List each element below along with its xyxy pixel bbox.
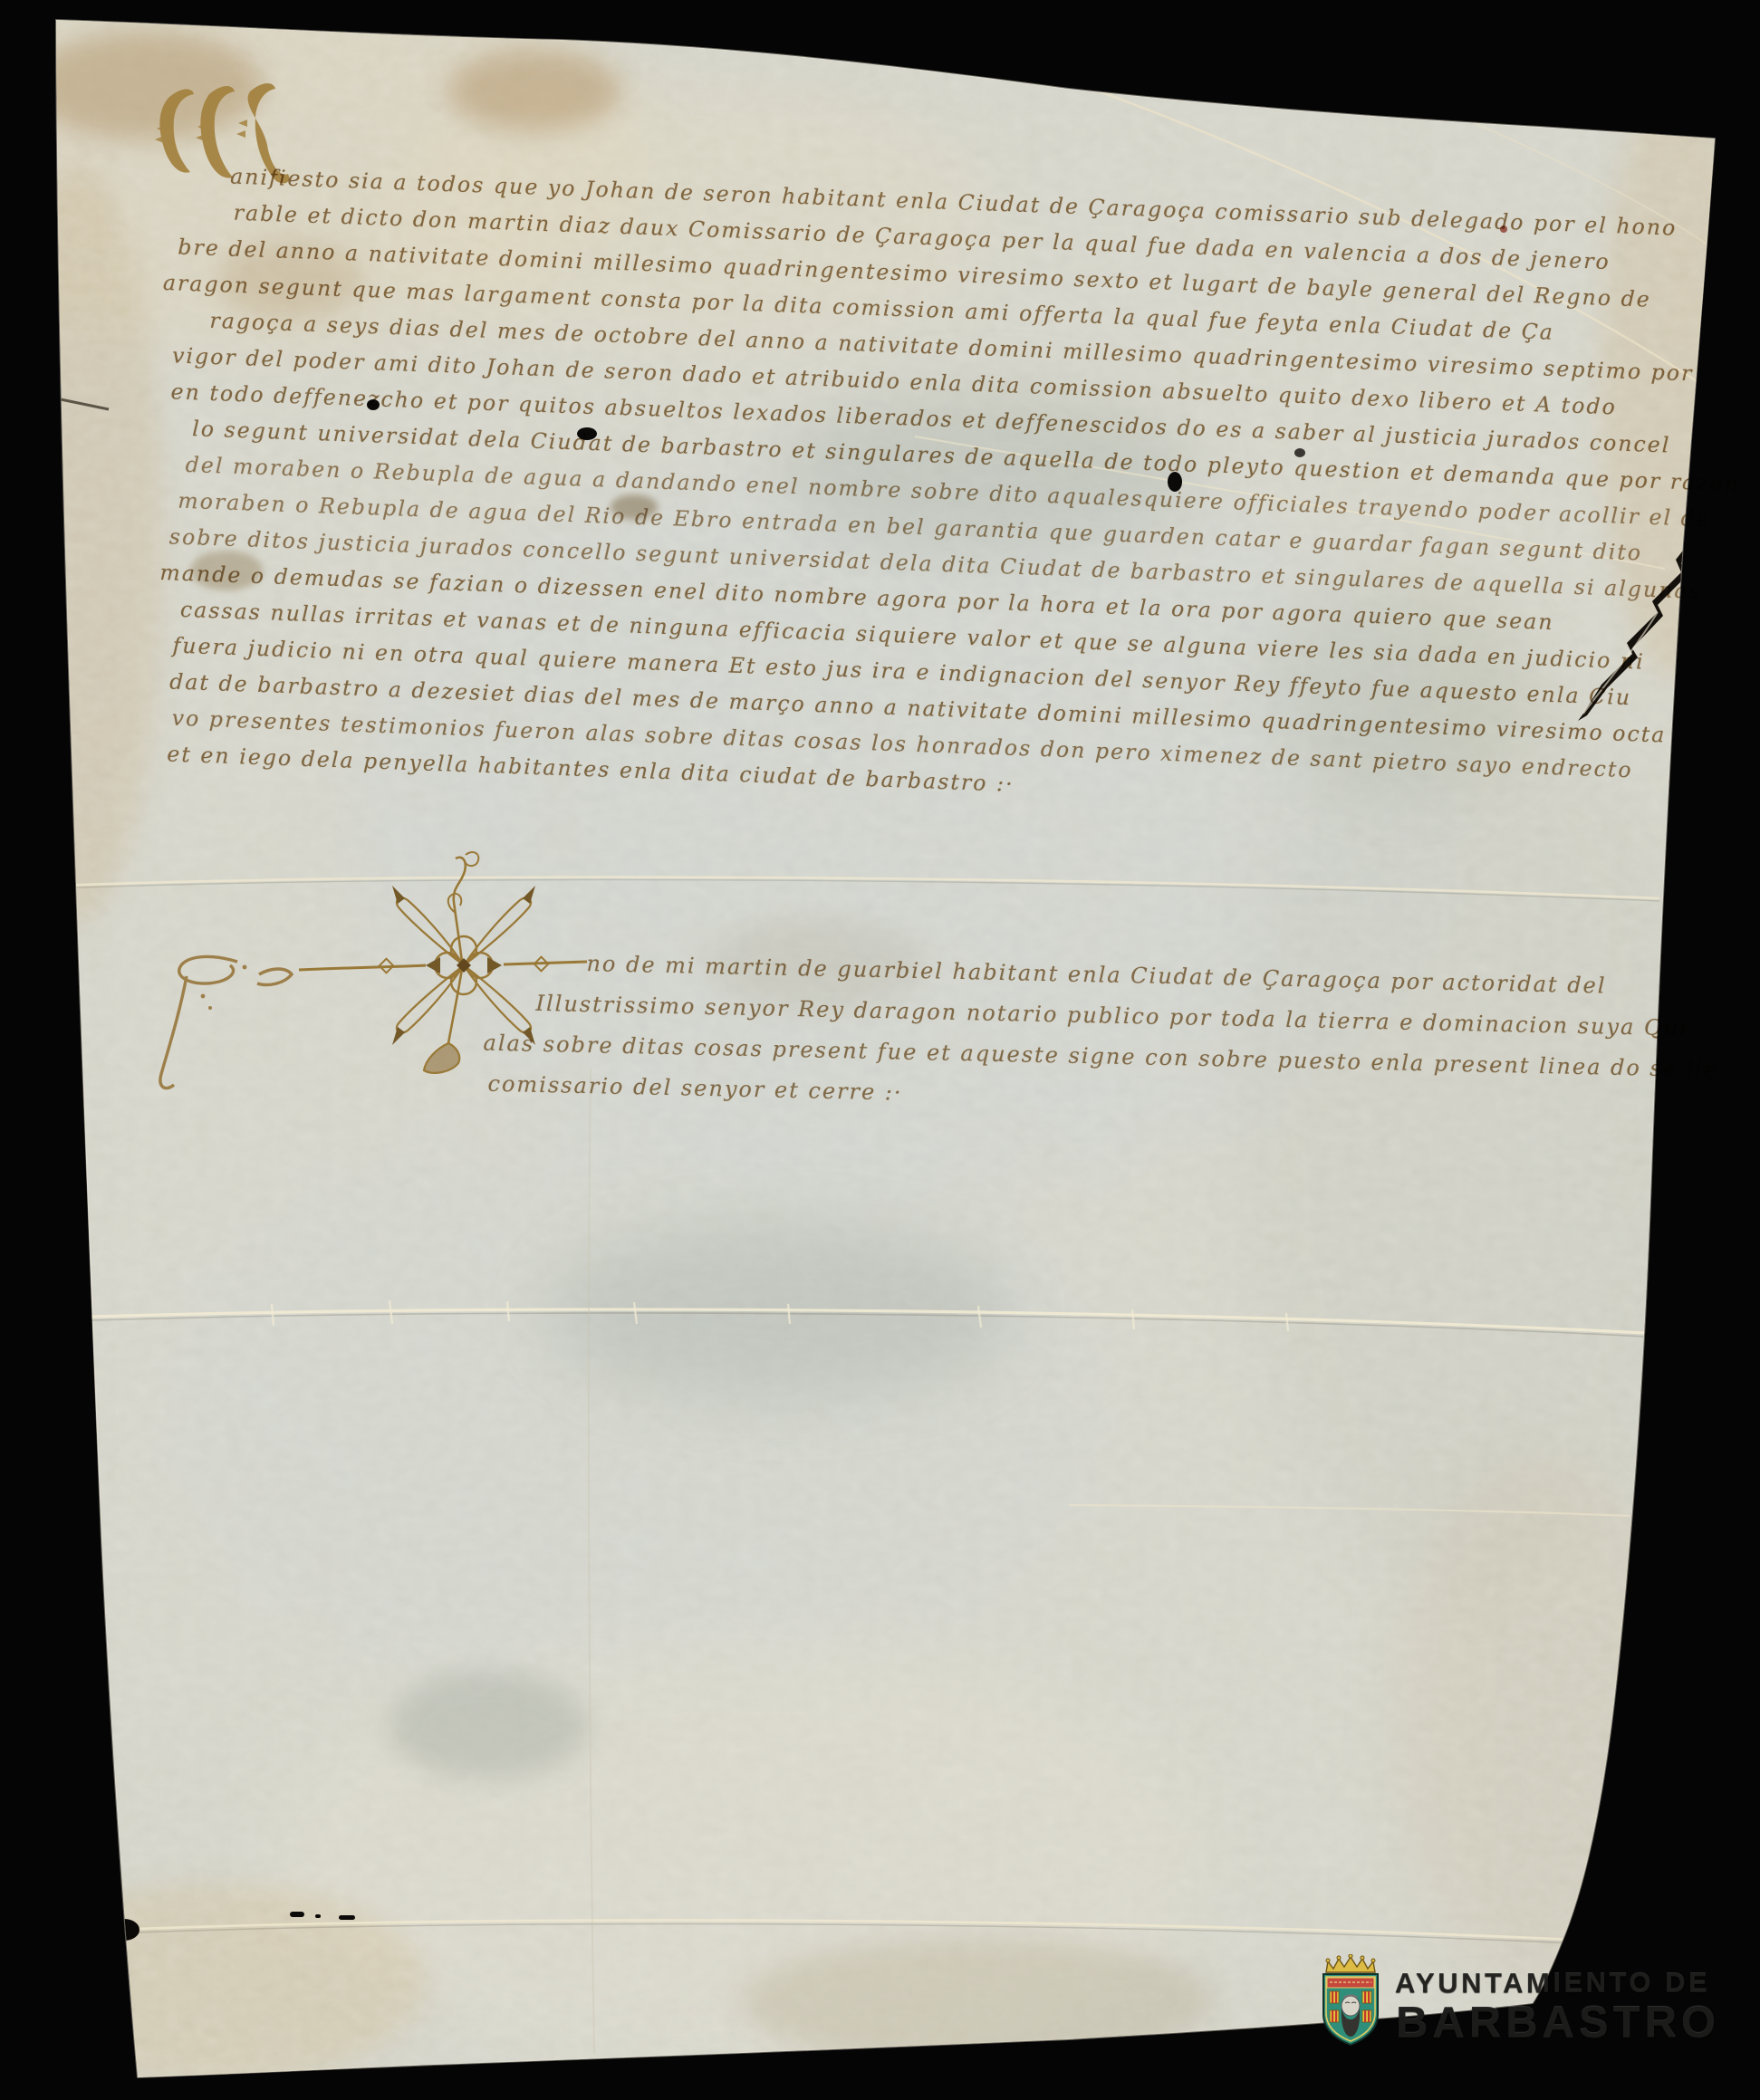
watermark-text-line1: AYUNTAMIENTO DE bbox=[1395, 1967, 1710, 1999]
ink-hole bbox=[290, 1912, 304, 1917]
crest-crown bbox=[1326, 1957, 1375, 1972]
crest-bearded-head bbox=[1342, 1995, 1360, 2037]
notary-attestation-text: no de mi martin de guarbiel habitant enl… bbox=[583, 944, 1719, 1131]
stain bbox=[743, 1938, 1214, 2065]
ink-hole bbox=[315, 1914, 321, 1918]
barbastro-crest-icon bbox=[1319, 1954, 1382, 2048]
ayuntamiento-watermark: AYUNTAMIENTO DE BARBASTRO bbox=[1312, 1949, 1760, 2100]
stain bbox=[27, 32, 263, 140]
deed-body-text: anifiesto sia a todos que yo Johan de se… bbox=[146, 156, 1634, 824]
watermark-text-line2: BARBASTRO bbox=[1396, 1998, 1720, 2048]
stain bbox=[448, 50, 620, 131]
ink-hole bbox=[339, 1915, 355, 1920]
stain bbox=[390, 1671, 589, 1779]
photo-stage: anifiesto sia a todos que yo Johan de se… bbox=[0, 0, 1760, 2100]
